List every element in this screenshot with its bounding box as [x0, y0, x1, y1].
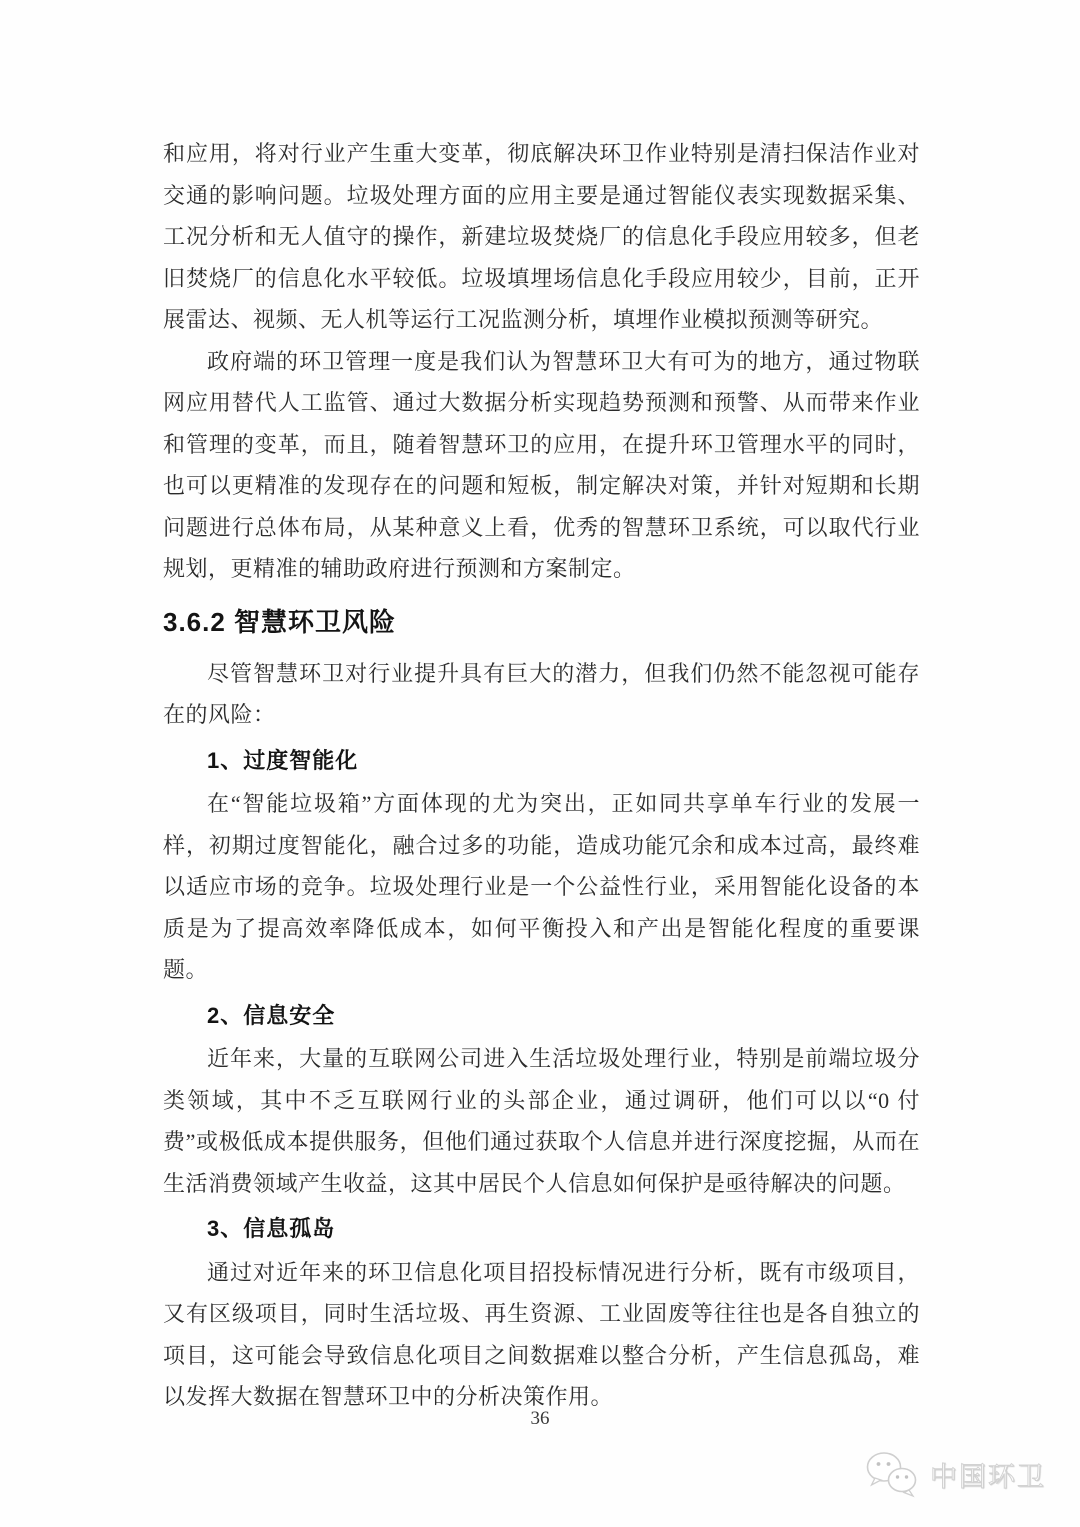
section-heading-3-6-2: 3.6.2 智慧环卫风险 — [163, 599, 920, 645]
document-page: 和应用，将对行业产生重大变革，彻底解决环卫作业特别是清扫保洁作业对交通的影响问题… — [0, 0, 1080, 1527]
subsection-heading-1-over-intelligence: 1、过度智能化 — [163, 740, 920, 782]
watermark-label: 中国环卫 — [930, 1455, 1046, 1494]
subsection-heading-2-information-security: 2、信息安全 — [163, 995, 920, 1037]
document-content: 和应用，将对行业产生重大变革，彻底解决环卫作业特别是清扫保洁作业对交通的影响问题… — [163, 133, 920, 1418]
wechat-logo-icon — [864, 1450, 922, 1498]
paragraph-information-security: 近年来，大量的互联网公司进入生活垃圾处理行业，特别是前端垃圾分类领域，其中不乏互… — [163, 1038, 920, 1204]
page-number: 36 — [0, 1408, 1080, 1430]
watermark: 中国环卫 — [864, 1450, 1046, 1498]
paragraph-risk-intro: 尽管智慧环卫对行业提升具有巨大的潜力，但我们仍然不能忽视可能存在的风险： — [163, 653, 920, 736]
subsection-heading-3-information-island: 3、信息孤岛 — [163, 1208, 920, 1250]
paragraph-over-intelligence: 在“智能垃圾箱”方面体现的尤为突出，正如同共享单车行业的发展一样，初期过度智能化… — [163, 783, 920, 991]
paragraph-government: 政府端的环卫管理一度是我们认为智慧环卫大有可为的地方，通过物联网应用替代人工监管… — [163, 341, 920, 590]
paragraph-continuation: 和应用，将对行业产生重大变革，彻底解决环卫作业特别是清扫保洁作业对交通的影响问题… — [163, 133, 920, 341]
paragraph-information-island: 通过对近年来的环卫信息化项目招投标情况进行分析，既有市级项目，又有区级项目，同时… — [163, 1252, 920, 1418]
